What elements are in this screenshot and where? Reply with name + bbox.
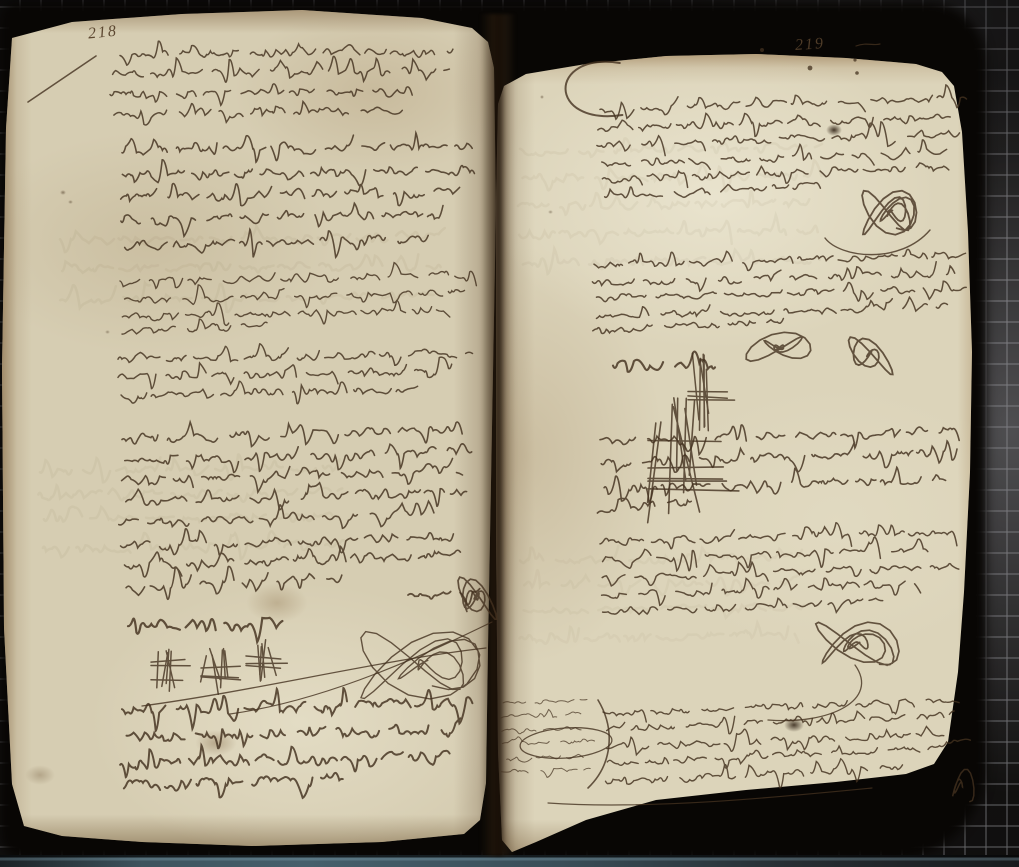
- scratch-stroke: [648, 478, 723, 479]
- handwriting-line: [119, 501, 434, 528]
- right-quartin-scribble: [862, 191, 916, 235]
- handwriting-line: [110, 84, 412, 105]
- handwriting-line: [518, 191, 809, 215]
- handwriting-line: [520, 623, 799, 644]
- handwriting-line: [120, 745, 450, 777]
- ink-dot-1: [760, 48, 764, 52]
- right-entry-2-cillart: [592, 249, 966, 333]
- handwriting-line: [121, 381, 418, 403]
- handwriting-line: [519, 215, 818, 244]
- handwriting-line: [121, 184, 460, 206]
- handwriting-line: [120, 263, 476, 289]
- handwriting-line: [520, 546, 802, 564]
- scratch-stroke: [648, 467, 723, 468]
- left-crosshatch-1: [151, 649, 190, 691]
- left-big-flourish: [361, 632, 480, 699]
- handwriting-line: [928, 739, 970, 749]
- handwriting-line: [607, 727, 944, 755]
- handwriting-line: [607, 711, 955, 734]
- scratch-stroke: [151, 680, 183, 681]
- handwriting-line: [597, 297, 948, 318]
- scratch-stroke: [648, 489, 739, 491]
- handwriting-line: [603, 699, 959, 722]
- left-crosshatch-3: [246, 640, 287, 681]
- scratch-stroke: [648, 441, 721, 442]
- left-margin-slash: [28, 56, 96, 102]
- right-tall-scratch: [688, 353, 735, 430]
- handwriting-line: [122, 160, 474, 186]
- handwriting-line: [503, 700, 587, 704]
- scratch-stroke: [212, 655, 218, 694]
- right-entry-bottom: [603, 699, 959, 788]
- left-decrely-loops: [458, 577, 497, 619]
- ink-dot-2: [808, 66, 813, 71]
- handwriting-line: [604, 467, 946, 502]
- right-capital-c: [566, 62, 623, 116]
- right-entry-4-jacques: [600, 523, 959, 615]
- scratch-stroke: [169, 651, 171, 691]
- handwriting-line: [118, 344, 473, 365]
- right-219-tick: [856, 44, 880, 46]
- handwriting-line: [597, 498, 691, 513]
- right-date-note: [928, 739, 970, 749]
- handwriting-line: [120, 41, 453, 65]
- right-underline-sweep: [548, 788, 872, 805]
- left-entry-4: [118, 344, 473, 404]
- handwriting-line: [594, 249, 966, 270]
- handwriting-line: [606, 759, 903, 788]
- handwriting-line: [122, 133, 472, 162]
- handwriting-line: [598, 113, 950, 136]
- handwriting-line: [43, 531, 345, 559]
- left-entry-5: [119, 422, 472, 599]
- right-entry2-end-flourish: [746, 332, 811, 361]
- handwriting-line: [121, 529, 454, 555]
- left-entry-1: [110, 41, 453, 125]
- handwriting-line: [128, 618, 282, 642]
- ink-dot-3: [853, 58, 856, 61]
- handwriting-line: [122, 422, 462, 446]
- left-signature-lecompte: [128, 618, 282, 642]
- handwriting-line: [523, 160, 822, 191]
- right-margin-note: [501, 700, 595, 778]
- right-jacques-tail: [768, 665, 862, 721]
- right-quartin-tail: [825, 230, 930, 255]
- handwriting-line: [122, 688, 472, 731]
- handwriting-line: [124, 773, 343, 798]
- right-entry-1: [597, 85, 967, 198]
- manuscript-photo: 218 219: [0, 0, 1019, 867]
- handwriting-line: [502, 768, 591, 777]
- handwriting-line: [600, 85, 967, 119]
- handwriting-line: [501, 710, 581, 719]
- right-loop-d: [849, 337, 893, 374]
- handwriting-line: [593, 319, 784, 334]
- handwriting-line: [125, 229, 429, 257]
- handwriting-line: [122, 319, 267, 334]
- handwriting-line: [122, 300, 450, 325]
- scratch-stroke: [268, 648, 276, 676]
- scratch-stroke: [700, 358, 701, 430]
- handwriting-line: [607, 746, 920, 768]
- page-number-left: 218: [87, 22, 119, 43]
- scratch-stroke: [157, 652, 159, 688]
- handwriting-layer: [0, 0, 1019, 867]
- handwriting-line: [121, 203, 443, 236]
- handwriting-line: [126, 566, 342, 599]
- handwriting-line: [62, 254, 440, 272]
- handwriting-line: [38, 485, 342, 501]
- left-sweep-1: [142, 648, 486, 706]
- left-crosshatch-2: [201, 649, 241, 695]
- handwriting-line: [113, 56, 450, 82]
- scratch-stroke: [677, 398, 678, 470]
- page-number-right: 219: [794, 35, 825, 55]
- left-entry-bottom: [120, 688, 472, 798]
- right-jacques-signature: [816, 622, 899, 665]
- handwriting-line: [524, 603, 805, 617]
- left-bleedthrough-2: [38, 455, 344, 560]
- right-edge-squiggle: [953, 770, 974, 802]
- scratch-stroke: [221, 650, 223, 688]
- scratch-stroke: [201, 666, 240, 668]
- ink-dot-4: [855, 71, 859, 75]
- handwriting-line: [605, 183, 821, 198]
- handwriting-line: [520, 139, 822, 157]
- handwriting-line: [127, 718, 461, 748]
- handwriting-line: [592, 262, 954, 291]
- handwriting-line: [600, 523, 957, 549]
- handwriting-line: [125, 444, 472, 473]
- handwriting-line: [114, 102, 402, 125]
- handwriting-line: [502, 737, 594, 745]
